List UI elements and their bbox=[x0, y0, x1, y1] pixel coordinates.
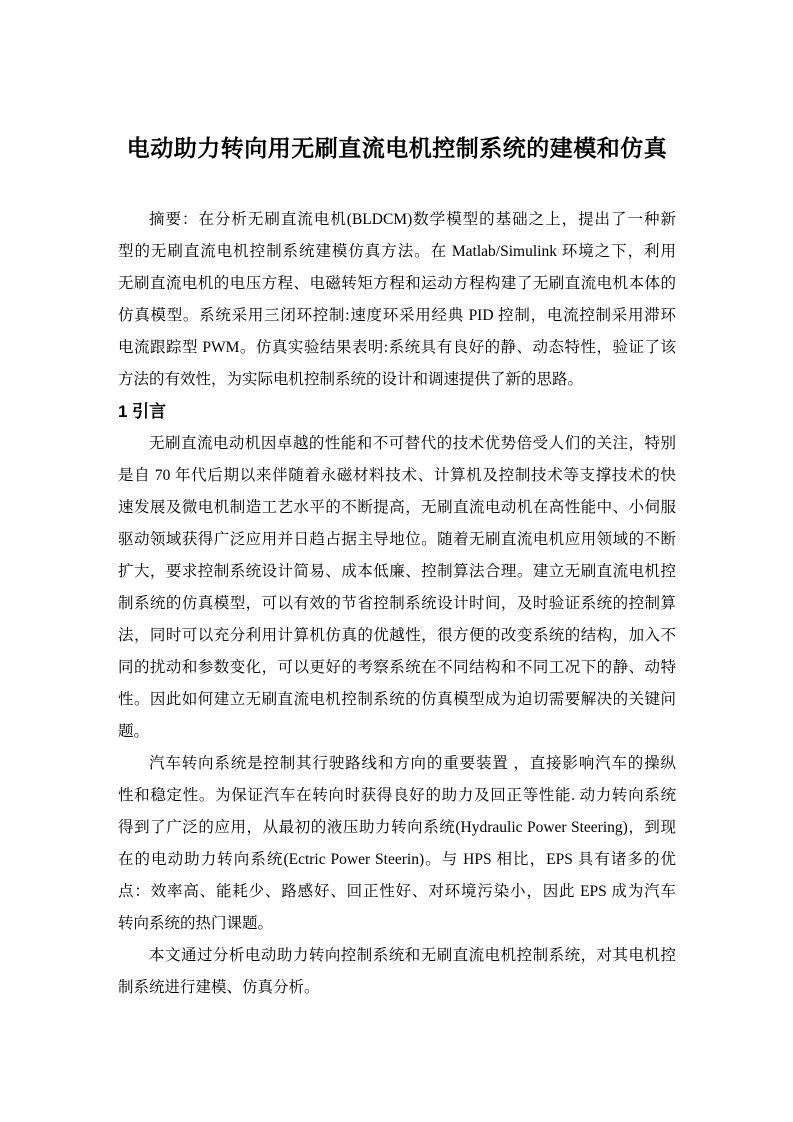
text-line: 题。 bbox=[118, 716, 676, 748]
text-line: 驱动领域获得广泛应用并日趋占据主导地位。随着无刷直流电机应用领域的不断 bbox=[118, 524, 676, 556]
text-line: 扩大，要求控制系统设计简易、成本低廉、控制算法合理。建立无刷直流电机控 bbox=[118, 556, 676, 588]
text-line: 性和稳定性。为保证汽车在转向时获得良好的助力及回正等性能. 动力转向系统 bbox=[118, 780, 676, 812]
paper-title: 电动助力转向用无刷直流电机控制系统的建模和仿真 bbox=[118, 130, 676, 166]
text-line: 本文通过分析电动助力转向控制系统和无刷直流电机控制系统，对其电机控 bbox=[118, 940, 676, 972]
text-line: 性。因此如何建立无刷直流电机控制系统的仿真模型成为迫切需要解决的关键问 bbox=[118, 684, 676, 716]
abstract-paragraph: 摘要：在分析无刷直流电机(BLDCM)数学模型的基础之上，提出了一种新型的无刷直… bbox=[118, 204, 676, 396]
text-line: 点：效率高、能耗少、路感好、回正性好、对环境污染小，因此 EPS 成为汽车 bbox=[118, 876, 676, 908]
text-line: 法，同时可以充分利用计算机仿真的优越性，很方便的改变系统的结构，加入不 bbox=[118, 620, 676, 652]
text-line: 方法的有效性，为实际电机控制系统的设计和调速提供了新的思路。 bbox=[118, 364, 676, 396]
text-line: 汽车转向系统是控制其行驶路线和方向的重要装置 ，直接影响汽车的操纵 bbox=[118, 748, 676, 780]
text-line: 电流跟踪型 PWM。仿真实验结果表明:系统具有良好的静、动态特性，验证了该 bbox=[118, 332, 676, 364]
text-line: 仿真模型。系统采用三闭环控制:速度环采用经典 PID 控制，电流控制采用滞环 bbox=[118, 300, 676, 332]
text-line: 是自 70 年代后期以来伴随着永磁材料技术、计算机及控制技术等支撑技术的快 bbox=[118, 460, 676, 492]
text-line: 制系统进行建模、仿真分析。 bbox=[118, 972, 676, 1004]
page-content: 电动助力转向用无刷直流电机控制系统的建模和仿真 摘要：在分析无刷直流电机(BLD… bbox=[118, 130, 676, 1004]
text-line: 得到了广泛的应用，从最初的液压助力转向系统(Hydraulic Power St… bbox=[118, 812, 676, 844]
document-page: 电动助力转向用无刷直流电机控制系统的建模和仿真 摘要：在分析无刷直流电机(BLD… bbox=[0, 0, 793, 1122]
text-line: 无刷直流电机的电压方程、电磁转矩方程和运动方程构建了无刷直流电机本体的 bbox=[118, 268, 676, 300]
intro-paragraph-2: 汽车转向系统是控制其行驶路线和方向的重要装置 ，直接影响汽车的操纵性和稳定性。为… bbox=[118, 748, 676, 940]
text-line: 制系统的仿真模型，可以有效的节省控制系统设计时间，及时验证系统的控制算 bbox=[118, 588, 676, 620]
text-line: 摘要：在分析无刷直流电机(BLDCM)数学模型的基础之上，提出了一种新 bbox=[118, 204, 676, 236]
intro-paragraph-3: 本文通过分析电动助力转向控制系统和无刷直流电机控制系统，对其电机控制系统进行建模… bbox=[118, 940, 676, 1004]
section-heading-introduction: 1 引言 bbox=[118, 396, 676, 428]
text-line: 同的扰动和参数变化，可以更好的考察系统在不同结构和不同工况下的静、动特 bbox=[118, 652, 676, 684]
text-line: 在的电动助力转向系统(Ectric Power Steerin)。与 HPS 相… bbox=[118, 844, 676, 876]
text-line: 转向系统的热门课题。 bbox=[118, 908, 676, 940]
text-line: 型的无刷直流电机控制系统建模仿真方法。在 Matlab/Simulink 环境之… bbox=[118, 236, 676, 268]
text-line: 速发展及微电机制造工艺水平的不断提高，无刷直流电动机在高性能中、小伺服 bbox=[118, 492, 676, 524]
text-line: 无刷直流电动机因卓越的性能和不可替代的技术优势倍受人们的关注，特别 bbox=[118, 428, 676, 460]
intro-paragraph-1: 无刷直流电动机因卓越的性能和不可替代的技术优势倍受人们的关注，特别是自 70 年… bbox=[118, 428, 676, 748]
